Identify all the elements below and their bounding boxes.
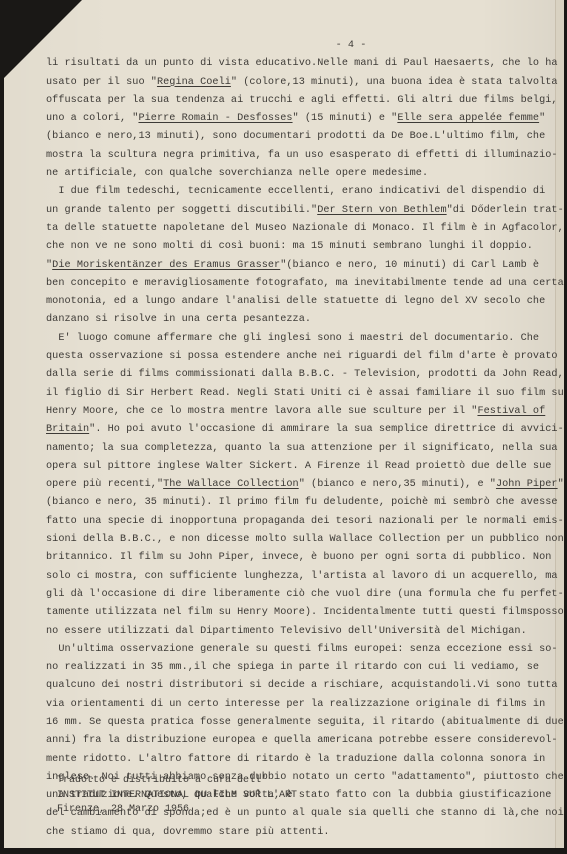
text-line: gli dà l'occasione di dire liberamente c…	[46, 586, 536, 604]
text-line: mostra la scultura negra primitiva, fa u…	[46, 147, 536, 165]
text-line: questa osservazione si possa estendere a…	[46, 348, 536, 366]
text-line: che non ve ne sono molti di così buoni: …	[46, 238, 536, 256]
text-line: (bianco e nero, 35 minuti). Il primo fil…	[46, 494, 536, 512]
text-line: tamente utilizzata nel film su Henry Moo…	[46, 604, 536, 622]
text-line: namento; la sua completezza, quanto la s…	[46, 440, 536, 458]
paragraph: I due film tedeschi, tecnicamente eccell…	[46, 183, 536, 329]
text-line: E' luogo comune affermare che gli ingles…	[46, 330, 536, 348]
paragraph: E' luogo comune affermare che gli ingles…	[46, 330, 536, 641]
page-number: - 4 -	[166, 37, 536, 55]
text-line: sioni della B.B.C., e non dicesse molto …	[46, 531, 536, 549]
text-line: anni) fra la distribuzione europea e que…	[46, 732, 536, 750]
text-line: li risultati da un punto di vista educat…	[46, 55, 536, 73]
film-title: Regina Coeli	[157, 77, 231, 88]
text-line: I due film tedeschi, tecnicamente eccell…	[46, 183, 536, 201]
film-title: Der Stern von Bethlem	[317, 205, 446, 216]
text-line: offuscata per la sua tendenza ai trucchi…	[46, 92, 536, 110]
text-line: opere più recenti,"The Wallace Collectio…	[46, 476, 536, 494]
text-line: no essere utilizzati dal Dipartimento Te…	[46, 623, 536, 641]
text-line: che stiamo di qua, dovremmo stare più at…	[46, 824, 536, 842]
text-line: dalla serie di films commissionati dalla…	[46, 366, 536, 384]
text-line: ne artificiale, con qualche soverchianza…	[46, 165, 536, 183]
text-line: ta delle statuette napoletane del Museo …	[46, 220, 536, 238]
text-line: via orientamenti di un certo interesse p…	[46, 696, 536, 714]
film-title: Pierre Romain - Desfosses	[138, 113, 292, 124]
text-line: uno a colori, "Pierre Romain - Desfosses…	[46, 110, 536, 128]
text-line: Un'ultima osservazione generale su quest…	[46, 641, 536, 659]
text-line: opera sul pittore inglese Walter Sickert…	[46, 458, 536, 476]
footer-credit: Tradotto e distribuito a cura dell'	[57, 774, 297, 789]
paragraphs: li risultati da un punto di vista educat…	[46, 55, 536, 842]
film-title: Britain	[46, 424, 89, 435]
film-title: John Piper	[496, 479, 558, 490]
text-line: un grande talento per soggetti discutibi…	[46, 202, 536, 220]
text-line: mente ridotto. L'altro fattore di ritard…	[46, 751, 536, 769]
text-line: britannico. Il film su John Piper, invec…	[46, 549, 536, 567]
text-line: 16 mm. Se questa pratica fosse generalme…	[46, 714, 536, 732]
text-line: qualcuno dei nostri distributori si deci…	[46, 677, 536, 695]
text-line: Britain". Ho poi avuto l'occasione di am…	[46, 421, 536, 439]
text-line: solo ci mostra, con sufficiente lunghezz…	[46, 568, 536, 586]
text-line: usato per il suo "Regina Coeli" (colore,…	[46, 74, 536, 92]
text-line: (bianco e nero,13 minuti), sono document…	[46, 128, 536, 146]
text-line: monotonia, ed a lungo andare l'analisi d…	[46, 293, 536, 311]
text-line: danzano si risolve in una certa pesantez…	[46, 311, 536, 329]
film-title: Die Moriskentänzer des Eramus Grasser	[52, 260, 280, 271]
document-body: - 4 - li risultati da un punto di vista …	[46, 37, 536, 842]
film-title: Festival of	[477, 406, 545, 417]
paragraph: li risultati da un punto di vista educat…	[46, 55, 536, 183]
text-line: il figlio di Sir Herbert Read. Negli Sta…	[46, 385, 536, 403]
document-footer: Tradotto e distribuito a cura dell' INST…	[57, 774, 297, 818]
footer-date: Firenze, 28 Marzo 1956	[57, 803, 297, 818]
text-line: fatto una specie di inopportuna propagan…	[46, 513, 536, 531]
text-line: "Die Moriskentänzer des Eramus Grasser"(…	[46, 257, 536, 275]
film-title: Elle sera appelée femme	[397, 113, 539, 124]
text-line: no realizzati in 35 mm.,il che spiega in…	[46, 659, 536, 677]
footer-institution: INSTITUT INTERNATIONAL DU FILM SUR L'ART	[57, 789, 297, 804]
text-line: ben concepito e meravigliosamente fotogr…	[46, 275, 536, 293]
text-line: Henry Moore, che ce lo mostra mentre lav…	[46, 403, 536, 421]
film-title: The Wallace Collection	[163, 479, 299, 490]
document-page: - 4 - li risultati da un punto di vista …	[4, 0, 564, 848]
